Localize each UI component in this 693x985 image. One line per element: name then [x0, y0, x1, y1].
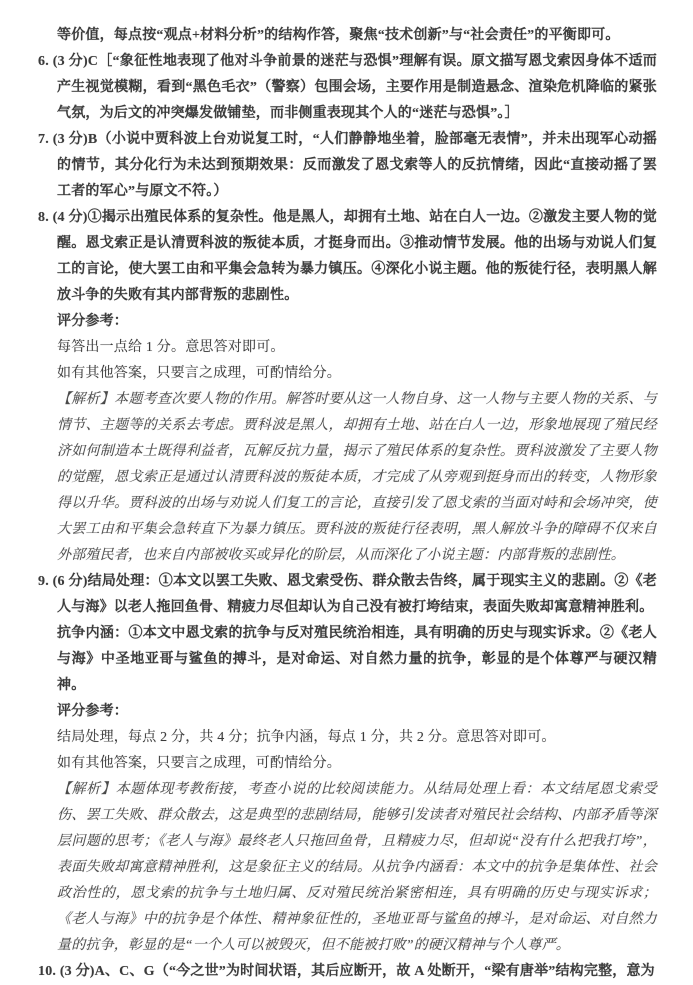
scoring-line: 如有其他答案，只要言之成理，可酌情给分。 — [38, 751, 657, 777]
answer-text: (4 分)①揭示出殖民体系的复杂性。他是黑人，却拥有土地、站在白人一边。②激发主… — [53, 210, 657, 303]
analysis-paragraph: 【解析】本题考查次要人物的作用。解答时要从这一人物自身、这一人物与主要人物的关系… — [38, 387, 657, 569]
question-number: 8. — [38, 210, 49, 225]
answer-item-8: 8. (4 分)①揭示出殖民体系的复杂性。他是黑人，却拥有土地、站在白人一边。②… — [38, 205, 657, 569]
answer-paragraph: 10. (3 分)A、C、G（“今之世”为时间状语，其后应断开，故 A 处断开，… — [38, 959, 657, 985]
scoring-line: 每答出一点给 1 分。意思答对即可。 — [38, 335, 657, 361]
question-number: 7. — [38, 132, 49, 147]
answer-text: (3 分)A、C、G（“今之世”为时间状语，其后应断开，故 A 处断开，“梁有唐… — [60, 964, 655, 979]
answer-text: (3 分)C［“象征性地表现了他对斗争前景的迷茫与恐惧”理解有误。原文描写恩戈索… — [53, 54, 657, 121]
answer-paragraph: 6. (3 分)C［“象征性地表现了他对斗争前景的迷茫与恐惧”理解有误。原文描写… — [38, 49, 657, 127]
answer-item-10: 10. (3 分)A、C、G（“今之世”为时间状语，其后应断开，故 A 处断开，… — [38, 959, 657, 985]
answer-paragraph: 7. (3 分)B（小说中贾科波上台劝说复工时，“人们静静地坐着，脸部毫无表情”… — [38, 127, 657, 205]
analysis-paragraph: 【解析】本题体现考教衔接，考查小说的比较阅读能力。从结局处理上看：本文结尾恩戈索… — [38, 777, 657, 959]
answer-paragraph: 9. (6 分)结局处理：①本文以罢工失败、恩戈索受伤、群众散去告终，属于现实主… — [38, 569, 657, 621]
answer-text: (3 分)B（小说中贾科波上台劝说复工时，“人们静静地坐着，脸部毫无表情”，并未… — [53, 132, 657, 199]
answer-paragraph-2: 抗争内涵：①本文中恩戈索的抗争与反对殖民统治相连，具有明确的历史与现实诉求。②《… — [38, 621, 657, 699]
question-number: 10. — [38, 964, 56, 979]
scoring-reference-header: 评分参考： — [38, 309, 657, 335]
scoring-line: 结局处理，每点 2 分，共 4 分；抗争内涵，每点 1 分，共 2 分。意思答对… — [38, 725, 657, 751]
carryover-paragraph: 等价值，每点按“观点+材料分析”的结构作答，聚焦“技术创新”与“社会责任”的平衡… — [38, 23, 657, 49]
answer-item-6: 6. (3 分)C［“象征性地表现了他对斗争前景的迷茫与恐惧”理解有误。原文描写… — [38, 49, 657, 127]
scoring-reference-header: 评分参考： — [38, 699, 657, 725]
answer-text: (6 分)结局处理：①本文以罢工失败、恩戈索受伤、群众散去告终，属于现实主义的悲… — [53, 574, 657, 615]
question-number: 9. — [38, 574, 49, 589]
answer-paragraph: 8. (4 分)①揭示出殖民体系的复杂性。他是黑人，却拥有土地、站在白人一边。②… — [38, 205, 657, 309]
answer-item-9: 9. (6 分)结局处理：①本文以罢工失败、恩戈索受伤、群众散去告终，属于现实主… — [38, 569, 657, 959]
answer-item-7: 7. (3 分)B（小说中贾科波上台劝说复工时，“人们静静地坐着，脸部毫无表情”… — [38, 127, 657, 205]
question-number: 6. — [38, 54, 49, 69]
scoring-line: 如有其他答案，只要言之成理，可酌情给分。 — [38, 361, 657, 387]
document-page: 等价值，每点按“观点+材料分析”的结构作答，聚焦“技术创新”与“社会责任”的平衡… — [0, 0, 693, 985]
